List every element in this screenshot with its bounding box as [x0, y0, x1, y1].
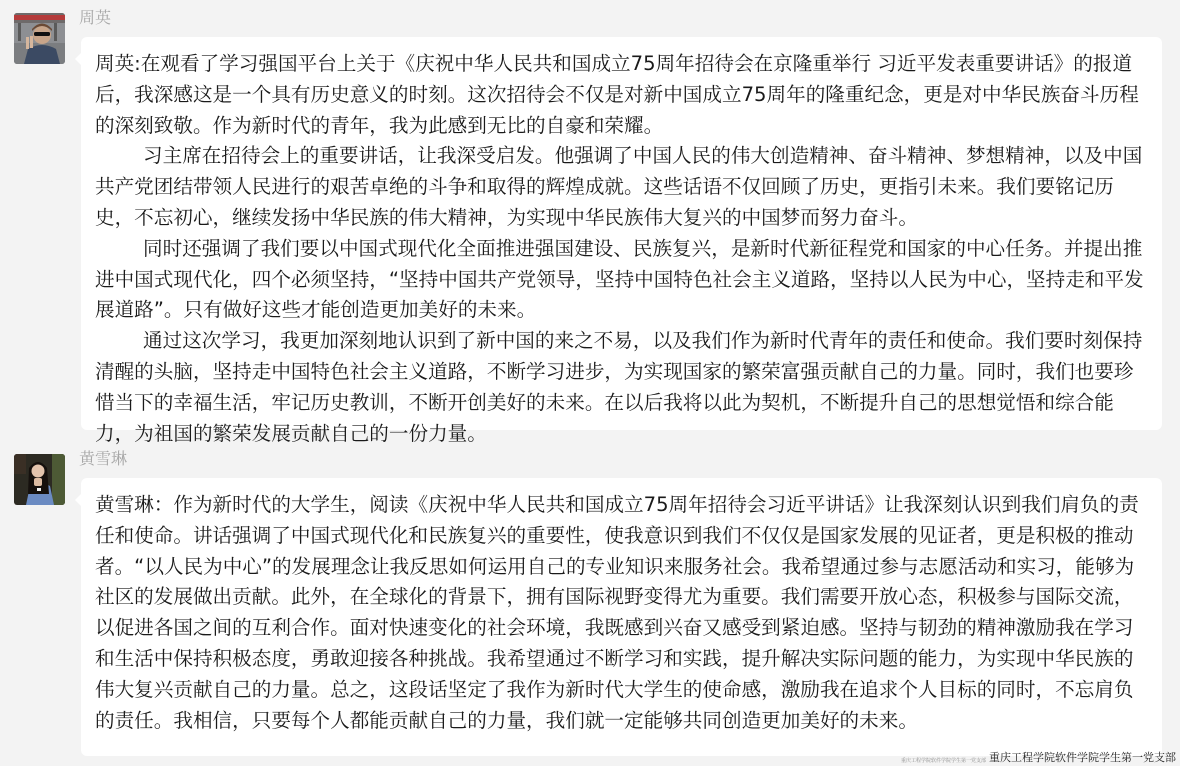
- sender-name: 周英: [79, 8, 111, 28]
- user-avatar-photo-icon: [14, 13, 65, 64]
- message-paragraph: 同时还强调了我们要以中国式现代化全面推进强国建设、民族复兴，是新时代新征程党和国…: [95, 234, 1148, 326]
- user-avatar-photo-icon: [14, 454, 65, 505]
- sender-name: 黄雪琳: [79, 449, 127, 469]
- message-bubble[interactable]: 周英:在观看了学习强国平台上关于《庆祝中华人民共和国成立75周年招待会在京隆重举…: [81, 37, 1162, 430]
- watermark: 重庆工程学院软件学院学生第一党支部 重庆工程学院软件学院学生第一党支部: [901, 751, 1176, 765]
- message-paragraph: 习主席在招待会上的重要讲话，让我深受启发。他强调了中国人民的伟大创造精神、奋斗精…: [95, 141, 1148, 233]
- message-paragraph: 周英:在观看了学习强国平台上关于《庆祝中华人民共和国成立75周年招待会在京隆重举…: [95, 49, 1148, 141]
- message-bubble[interactable]: 黄雪琳：作为新时代的大学生，阅读《庆祝中华人民共和国成立75周年招待会习近平讲话…: [81, 478, 1162, 756]
- watermark-small-text: 重庆工程学院软件学院学生第一党支部: [901, 757, 986, 765]
- avatar[interactable]: [14, 13, 65, 64]
- avatar[interactable]: [14, 454, 65, 505]
- watermark-text: 重庆工程学院软件学院学生第一党支部: [989, 751, 1176, 765]
- message-paragraph: 通过这次学习，我更加深刻地认识到了新中国的来之不易，以及我们作为新时代青年的责任…: [95, 326, 1148, 449]
- message-paragraph: 黄雪琳：作为新时代的大学生，阅读《庆祝中华人民共和国成立75周年招待会习近平讲话…: [95, 490, 1148, 736]
- chat-history: 周英 周英:在观看了学习强国平台上关于《庆祝中华人民共和国成立75周年招待会在京…: [0, 0, 1180, 766]
